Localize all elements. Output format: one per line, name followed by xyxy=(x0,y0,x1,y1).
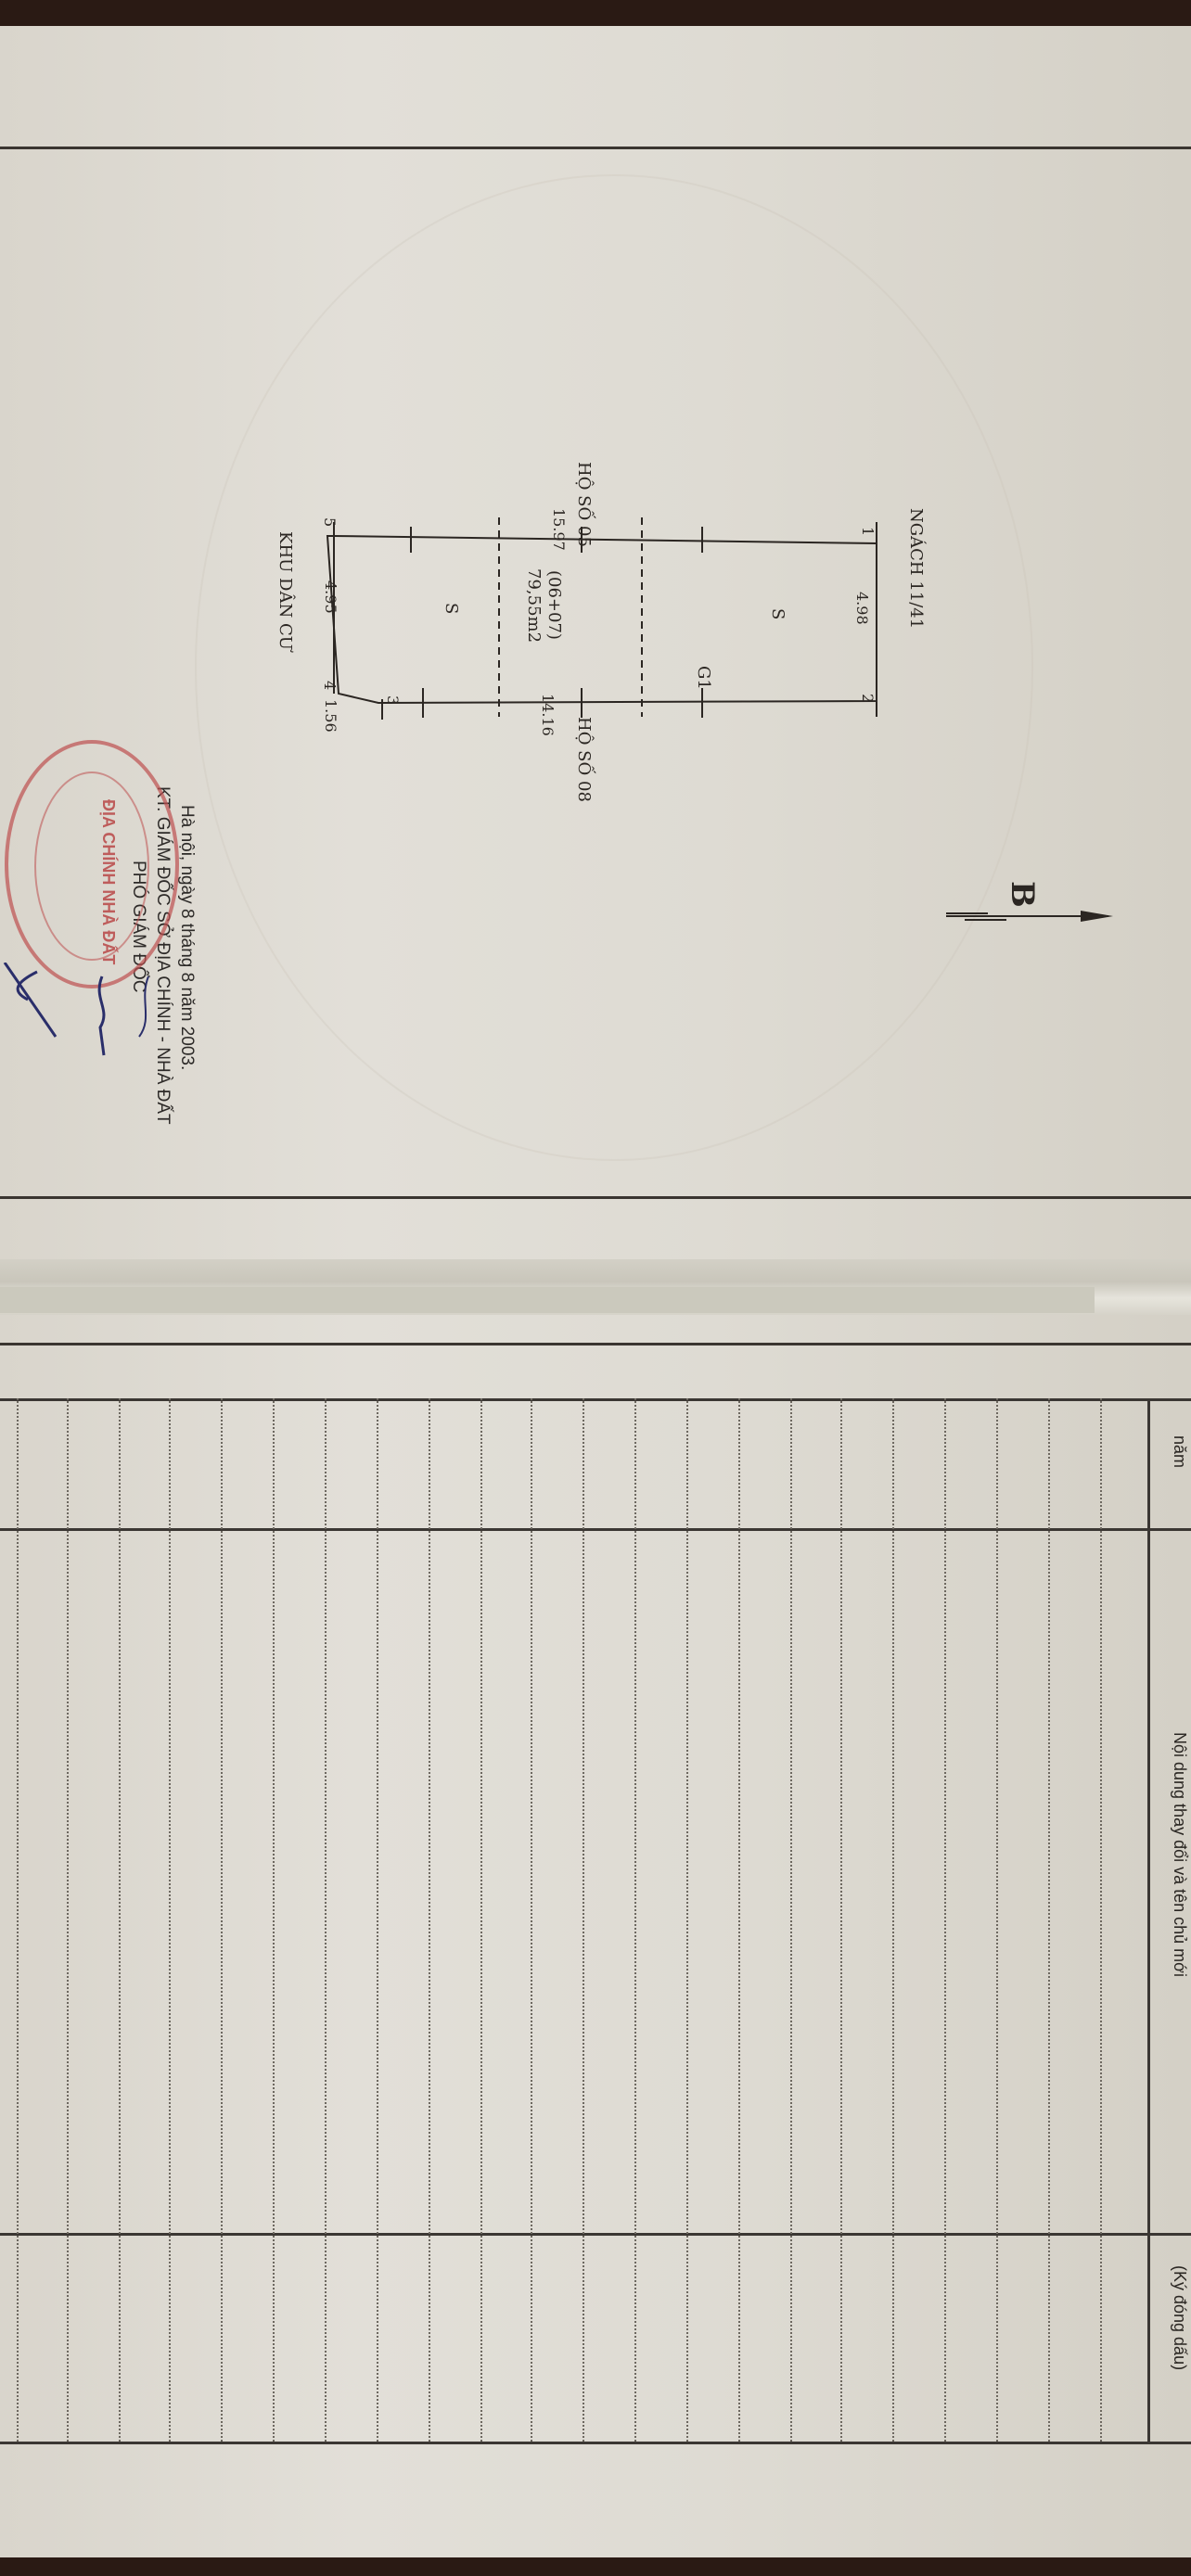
document-page: NGÁCH 11/41 HỘ SỐ 05 HỘ SỐ 08 KHU DÂN CƯ… xyxy=(0,26,1191,2557)
stamp-text: ĐỊA CHÍNH NHÀ ĐẤT xyxy=(98,799,118,964)
signature-date-line: Hà nội, ngày 8 tháng 8 năm 2003. xyxy=(176,805,197,1070)
handwritten-signature xyxy=(0,963,158,1111)
column-header-content: Nội dung thay đổi và tên chủ mới xyxy=(1170,1732,1189,1977)
parcel-id: (06+07) xyxy=(544,570,564,640)
change-table: năm Nội dung thay đổi và tên chủ mới (Ký… xyxy=(0,1398,1191,2465)
column-header-signature: (Ký đóng dấu) xyxy=(1170,2265,1189,2370)
road-label: NGÁCH 11/41 xyxy=(906,508,926,629)
edge-length-3-4: 1.56 xyxy=(322,699,339,733)
fold-line xyxy=(0,1196,1191,1199)
vertex-4: 4 xyxy=(321,681,339,690)
fold-line xyxy=(0,1343,1191,1345)
zone-label-s-right: S xyxy=(768,608,788,619)
parcel-area: 79,55m2 xyxy=(524,568,544,643)
official-stamp: ĐỊA CHÍNH NHÀ ĐẤT xyxy=(5,740,179,988)
neighbor-label-right: HỘ SỐ 08 xyxy=(574,717,594,802)
bottom-area-label: KHU DÂN CƯ xyxy=(275,531,295,650)
vertex-1: 1 xyxy=(859,527,877,536)
north-arrow-label: B xyxy=(1004,881,1041,908)
neighbor-label-left: HỘ SỐ 05 xyxy=(574,462,594,547)
column-header-year: năm xyxy=(1170,1435,1189,1468)
zone-label-s-left: S xyxy=(442,603,461,614)
edge-length-5-1: 15.97 xyxy=(550,508,568,551)
vertex-3: 3 xyxy=(384,695,402,705)
parcel-diagram xyxy=(306,480,900,833)
vertex-2: 2 xyxy=(859,694,877,703)
edge-length-4-5: 4.95 xyxy=(322,580,339,614)
zone-label-g1: G1 xyxy=(694,666,713,690)
vertex-5: 5 xyxy=(321,517,339,527)
edge-length-1-2: 4.98 xyxy=(853,592,871,625)
edge-length-2-3: 14.16 xyxy=(539,694,557,736)
page-edge-line xyxy=(0,147,1191,149)
